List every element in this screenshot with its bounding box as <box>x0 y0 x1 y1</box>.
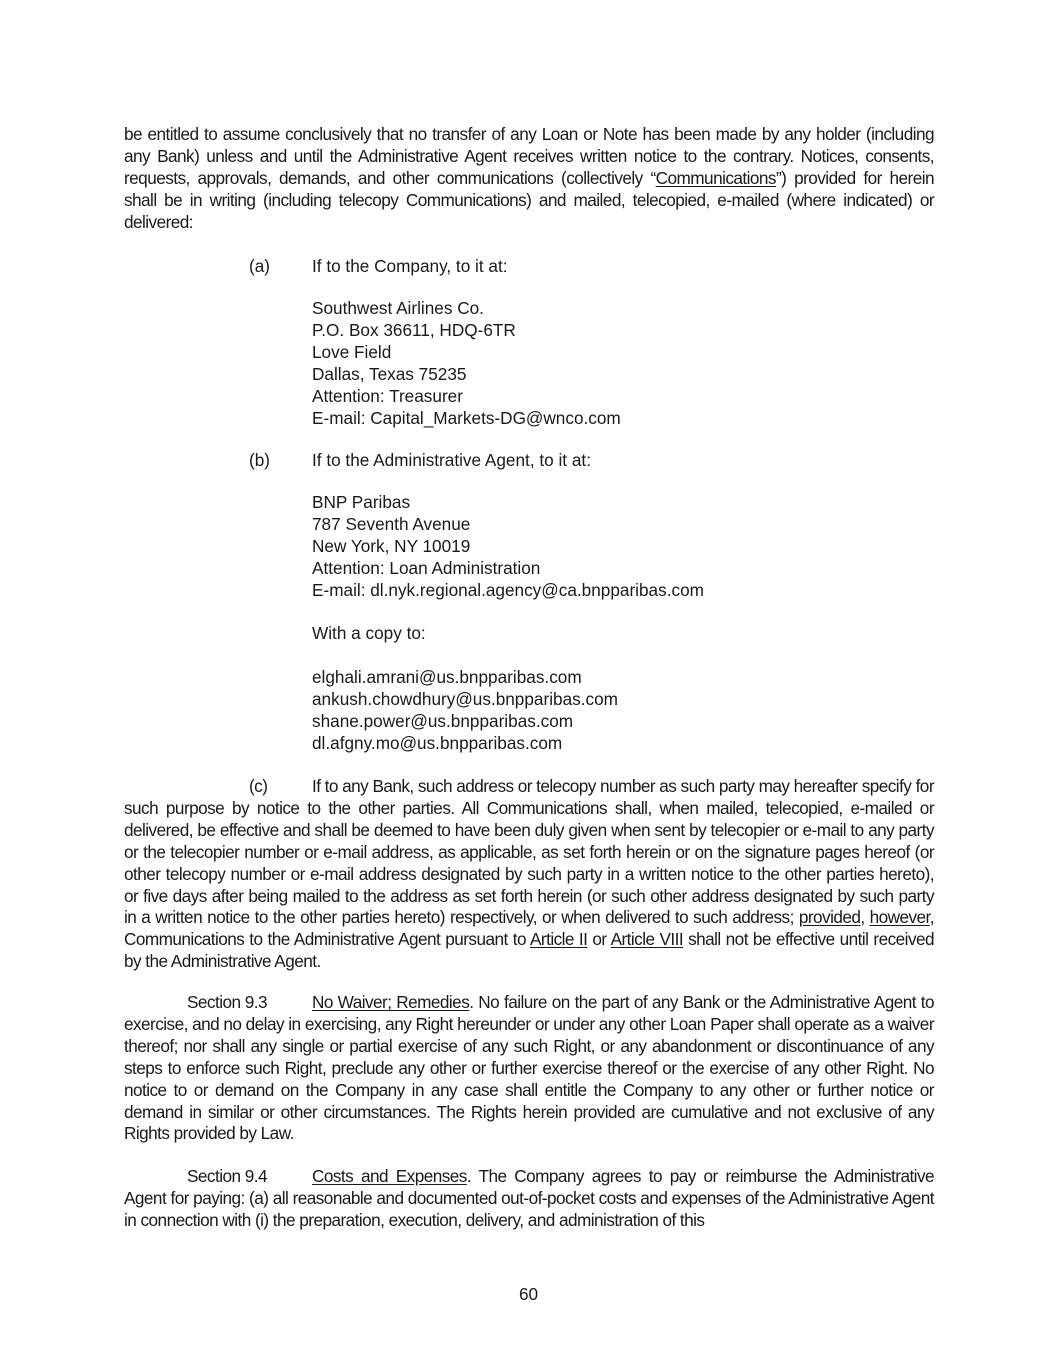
section-9-4-number: Section 9.4 <box>187 1166 312 1188</box>
copy-to-label: With a copy to: <box>312 623 426 645</box>
section-9-4: Section 9.4Costs and Expenses. The Compa… <box>124 1166 934 1232</box>
address-line: Southwest Airlines Co. <box>312 298 621 320</box>
address-line: Attention: Loan Administration <box>312 558 704 580</box>
item-b-text: If to the Administrative Agent, to it at… <box>312 450 591 472</box>
agent-address-block: BNP Paribas 787 Seventh Avenue New York,… <box>312 492 704 602</box>
section-9-3-number: Section 9.3 <box>187 992 312 1014</box>
defined-term-communications: Communications <box>656 168 776 188</box>
address-line: BNP Paribas <box>312 492 704 514</box>
address-line: P.O. Box 36611, HDQ-6TR <box>312 320 621 342</box>
provided-term: provided <box>799 907 861 927</box>
item-c-paragraph: (c)If to any Bank, such address or telec… <box>124 776 934 973</box>
address-line: New York, NY 10019 <box>312 536 704 558</box>
company-address-block: Southwest Airlines Co. P.O. Box 36611, H… <box>312 298 621 429</box>
copy-email: shane.power@us.bnpparibas.com <box>312 711 618 733</box>
section-9-3-heading: No Waiver; Remedies <box>312 992 469 1012</box>
item-c-label: (c) <box>249 776 312 798</box>
article-ii-reference: Article II <box>530 929 587 949</box>
copy-email: ankush.chowdhury@us.bnpparibas.com <box>312 689 618 711</box>
however-term: however <box>870 907 930 927</box>
address-line: Attention: Treasurer <box>312 386 621 408</box>
address-line: E-mail: Capital_Markets-DG@wnco.com <box>312 408 621 430</box>
copy-email: elghali.amrani@us.bnpparibas.com <box>312 667 618 689</box>
section-9-4-heading: Costs and Expenses <box>312 1166 467 1186</box>
address-line: 787 Seventh Avenue <box>312 514 704 536</box>
copy-email: dl.afgny.mo@us.bnpparibas.com <box>312 733 618 755</box>
article-viii-reference: Article VIII <box>611 929 684 949</box>
address-line: Dallas, Texas 75235 <box>312 364 621 386</box>
copy-email-list: elghali.amrani@us.bnpparibas.com ankush.… <box>312 667 618 755</box>
intro-paragraph: be entitled to assume conclusively that … <box>124 124 934 234</box>
address-line: E-mail: dl.nyk.regional.agency@ca.bnppar… <box>312 580 704 602</box>
item-b-label: (b) <box>249 450 270 472</box>
item-a-text: If to the Company, to it at: <box>312 256 508 278</box>
item-a-label: (a) <box>249 256 270 278</box>
page-number: 60 <box>0 1284 1057 1305</box>
address-line: Love Field <box>312 342 621 364</box>
section-9-3: Section 9.3No Waiver; Remedies. No failu… <box>124 992 934 1145</box>
